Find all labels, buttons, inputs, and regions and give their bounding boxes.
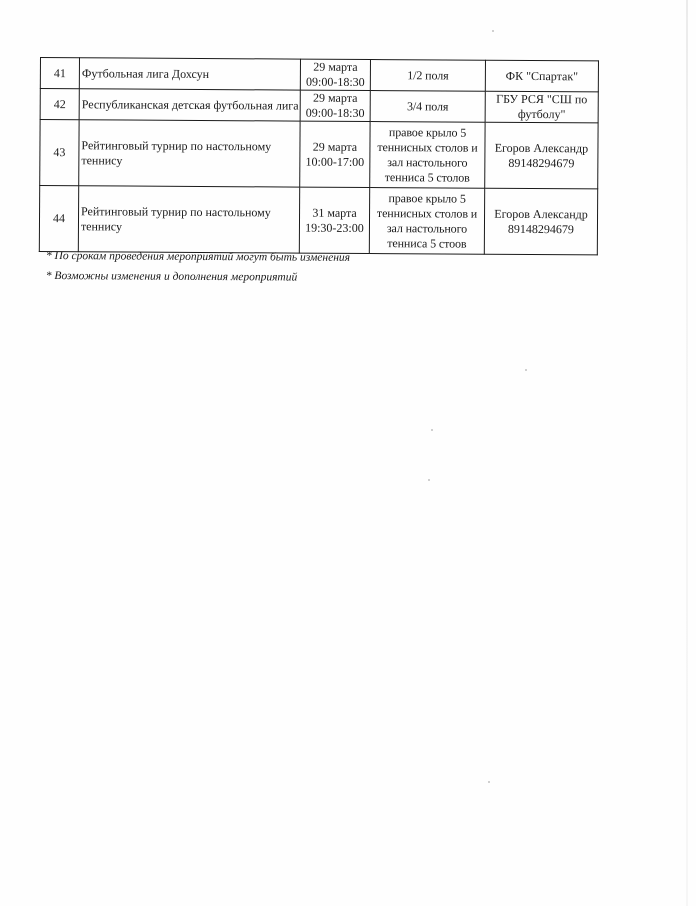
row-number: 43 [40,120,79,186]
row-number: 41 [40,58,79,89]
event-place-line: правое крыло 5 [372,191,482,207]
event-organizer-line: Егоров Александр [487,140,595,156]
event-place: правое крыло 5 теннисных столов и зал на… [370,122,485,189]
scan-speck [492,30,494,32]
event-organizer-phone: 89148294679 [487,221,595,237]
event-date-time: 09:00-18:30 [303,106,368,121]
scan-speck [428,479,430,481]
event-date-time: 19:30-23:00 [302,220,367,235]
table-row: 41 Футбольная лига Дохсун 29 марта 09:00… [40,58,598,92]
event-name-line: Республиканская детская футбольная лига [82,97,298,113]
event-place-line: теннисных столов и [372,206,482,222]
event-date-day: 29 марта [303,91,368,106]
table-row: 42 Республиканская детская футбольная ли… [40,89,598,123]
event-place-line: тенниса 5 стоов [372,236,482,252]
event-organizer: ГБУ РСЯ "СШ по футболу" [485,91,598,123]
event-organizer-line: футболу" [488,107,596,123]
scan-speck [525,369,527,371]
events-table: 41 Футбольная лига Дохсун 29 марта 09:00… [39,57,599,255]
event-place: 3/4 поля [370,91,485,123]
events-table-container: 41 Футбольная лига Дохсун 29 марта 09:00… [39,57,599,255]
event-name-line: Рейтинговый турнир по настольному [81,204,297,220]
event-name: Республиканская детская футбольная лига [79,89,300,121]
footnote: * По срокам проведения мероприятий могут… [46,246,350,268]
event-organizer: Егоров Александр 89148294679 [485,122,598,189]
event-date-time: 10:00-17:00 [302,154,367,169]
event-place-line: 3/4 поля [373,99,483,115]
event-name: Футбольная лига Дохсун [79,58,300,90]
row-number: 44 [39,186,78,252]
event-date-day: 31 марта [302,205,367,220]
event-place-line: правое крыло 5 [373,125,483,141]
event-place-line: зал настольного [372,221,482,237]
event-place-line: теннисных столов и [372,140,482,156]
event-date-day: 29 марта [302,139,367,154]
event-place-line: 1/2 поля [373,68,483,84]
event-organizer-line: ФК "Спартак" [488,68,596,84]
event-date: 29 марта 10:00-17:00 [300,121,370,187]
event-date: 29 марта 09:00-18:30 [300,90,370,121]
event-name-line: теннису [81,153,297,169]
row-number: 42 [40,89,79,120]
event-date: 31 марта 19:30-23:00 [299,187,369,253]
scan-speck [488,781,490,783]
event-organizer-line: ГБУ РСЯ "СШ по [488,92,596,108]
event-name-line: Футбольная лига Дохсун [82,66,298,82]
event-name-line: теннису [81,219,297,235]
event-place: правое крыло 5 теннисных столов и зал на… [369,188,484,255]
event-organizer-line: Егоров Александр [487,206,595,222]
event-date: 29 марта 09:00-18:30 [300,59,370,90]
table-row: 44 Рейтинговый турнир по настольному тен… [39,186,597,255]
event-name: Рейтинговый турнир по настольному теннис… [79,120,300,187]
event-place-line: зал настольного [372,155,482,171]
event-organizer: ФК "Спартак" [485,60,598,92]
scan-speck [431,429,433,431]
footnotes: * По срокам проведения мероприятий могут… [46,246,350,288]
event-place: 1/2 поля [370,60,485,92]
event-place-line: тенниса 5 столов [372,170,482,186]
event-name: Рейтинговый турнир по настольному теннис… [78,186,299,253]
event-date-time: 09:00-18:30 [303,75,368,90]
table-row: 43 Рейтинговый турнир по настольному тен… [40,120,598,189]
footnote: * Возможны изменения и дополнения меропр… [46,266,350,288]
event-organizer-phone: 89148294679 [487,155,595,171]
scanned-page: 41 Футбольная лига Дохсун 29 марта 09:00… [0,0,696,906]
scan-edge [686,0,688,906]
event-date-day: 29 марта [303,60,368,75]
event-name-line: Рейтинговый турнир по настольному [81,138,297,154]
event-organizer: Егоров Александр 89148294679 [484,188,597,255]
